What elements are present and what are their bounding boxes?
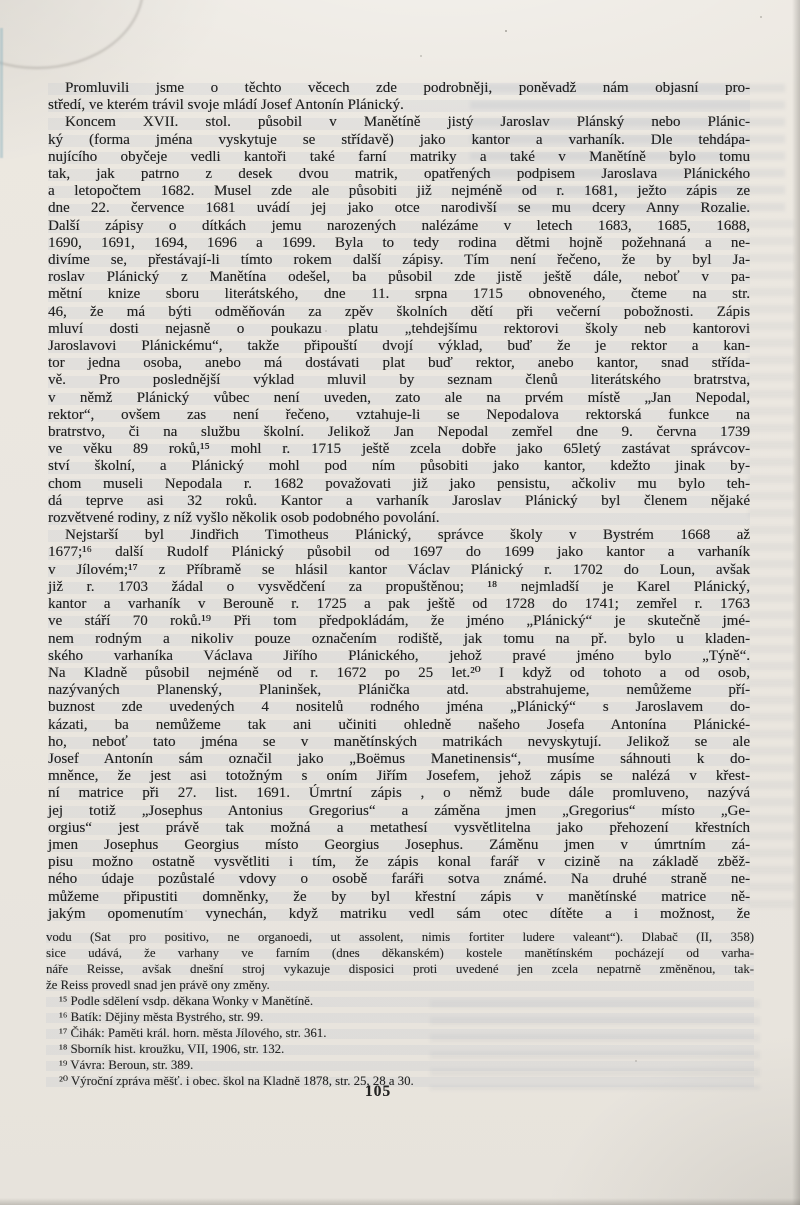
text-line: již r. 1703 žádal o vysvědčení za propuš… [48,579,750,596]
text-line: ho, neboť tato jména se v manětínských m… [48,734,750,751]
text-line: ve věku 89 roků,¹⁵ mohl r. 1715 ještě zc… [48,441,750,458]
text-line: rektor“, ovšem zas není řečeno, vztahuje… [48,407,750,424]
text-line: ského varhaníka Václava Jiřího Plánickéh… [48,648,750,665]
scan-edge-artifact [792,0,800,1205]
text-line: jej totiž „Josephus Antonius Gregorius“ … [48,803,750,820]
text-line: Josef Antonín sám označil jako „Boëmus M… [48,751,750,768]
text-line: v Jílovém;¹⁷ z Příbramě se hlásil kantor… [48,562,750,579]
text-line: rozvětvené rodiny, z níž vyšlo několik o… [48,510,750,527]
text-line: 1677;¹⁶ další Rudolf Plánický působil od… [48,544,750,561]
text-line: nujícího obyčeje vedli kantoři také farn… [48,149,750,166]
footnote-line: že Reiss provedl snad jen právě ony změn… [46,977,754,993]
text-line: Nejstarší byl Jindřich Timotheus Plánick… [48,527,750,544]
text-line: vě. Pro poslednější výklad mluvil by sez… [48,372,750,389]
footnote-line: ¹⁶ Batík: Dějiny města Bystrého, str. 99… [46,1009,754,1025]
text-line: Koncem XVII. stol. působil v Manětíně ji… [48,114,750,131]
text-line: ní matrice při 27. list. 1691. Úmrtní zá… [48,785,750,802]
text-line: pisu možno ostatně vysvětliti i tím, že … [48,854,750,871]
text-line: ve stáří 70 roků.¹⁹ Při tom předpokládám… [48,613,750,630]
paper-specks [505,30,507,32]
text-line: a letopočtem 1682. Musel zde ale působit… [48,183,750,200]
text-line: roslav Plánický z Manětína odešel, ba pů… [48,269,750,286]
scanned-book-page: Promluvili jsme o těchto věcech zde podr… [0,0,800,1205]
text-line: mněnce, že jest asi totožným s oním Jiří… [48,768,750,785]
text-line: můžeme připustiti domněnky, že by byl kř… [48,889,750,906]
scan-edge-artifact [0,1198,800,1205]
text-line: chom museli Nepodala r. 1682 považovati … [48,476,750,493]
text-line: nazývaných Planenský, Planinšek, Pláničk… [48,682,750,699]
text-line: Promluvili jsme o těchto věcech zde podr… [48,80,750,97]
page-curl-artifact [0,0,144,69]
page-number: 105 [48,1083,708,1101]
footnote-line: ¹⁸ Sborník hist. kroužku, VII, 1906, str… [46,1041,754,1057]
text-line: dá teprve asi 32 roků. Kantor a varhaník… [48,493,750,510]
footnote-line: náře Reisse, avšak dnešní stroj vykazuje… [46,961,754,977]
scan-edge-artifact [0,28,3,158]
text-line: ství školní, a Plánický mohl pod ním půs… [48,458,750,475]
text-line: ký (forma jména vyskytuje se střídavě) j… [48,132,750,149]
text-line: kantor a varhaník v Berouně r. 1725 a pa… [48,596,750,613]
text-line: ného údaje pozůstalé vdovy o osobě farář… [48,871,750,888]
text-line: mluví dosti nejasně o poukazu platu „teh… [48,321,750,338]
text-line: mětní knize sboru literátského, dne 11. … [48,286,750,303]
footnote-line: sice udává, že varhany ve farním (dnes d… [46,945,754,961]
text-line: tor jedna osoba, anebo má dostávati plat… [48,355,750,372]
footnote-line: ¹⁹ Vávra: Beroun, str. 389. [46,1057,754,1073]
text-line: tak, jak patrno z desek dvou matrik, opa… [48,166,750,183]
bleed-through-artifact [748,220,794,910]
text-line: 1690, 1691, 1694, 1696 a 1699. Byla to t… [48,235,750,252]
text-line: divíme se, přestávají-li tímto rokem dal… [48,252,750,269]
text-line: 46, že má býti odměňován za zpěv školníc… [48,304,750,321]
text-line: dne 22. července 1681 uvádí jej jako otc… [48,200,750,217]
text-line: jmen Josephus Georgius místo Georgius Jo… [48,837,750,854]
footnote-line: vodu (Sat pro positivo, ne organoedi, ut… [46,929,754,945]
text-line: kázati, ba nemůžeme tak ani učiniti ohle… [48,717,750,734]
text-line: středí, ve kterém trávil svoje mládí Jos… [48,97,750,114]
main-text-block: Promluvili jsme o těchto věcech zde podr… [48,80,750,923]
text-line: v němž Plánický vůbec není uveden, zato … [48,390,750,407]
footnote-line: ¹⁷ Čihák: Paměti král. horn. města Jílov… [46,1025,754,1041]
text-line: Na Kladně působil nejméně od r. 1672 po … [48,665,750,682]
text-line: buznost zde uvedených 4 nositelů rodného… [48,699,750,716]
text-line: jakým opomenutím vynechán, když matriku … [48,906,750,923]
footnote-line: ¹⁵ Podle sdělení vsdp. děkana Wonky v Ma… [46,993,754,1009]
text-line: bratrstvo, či na službu školní. Jelikož … [48,424,750,441]
text-line: Jaroslavovi Plánickému“, takže připouští… [48,338,750,355]
footnotes-block: vodu (Sat pro positivo, ne organoedi, ut… [46,929,754,1089]
text-line: orgius“ jest právě tak možná a metathesí… [48,820,750,837]
text-line: Další zápisy o dítkách jemu narozených n… [48,218,750,235]
text-line: nem rodným a nikoliv pouze označením rod… [48,631,750,648]
